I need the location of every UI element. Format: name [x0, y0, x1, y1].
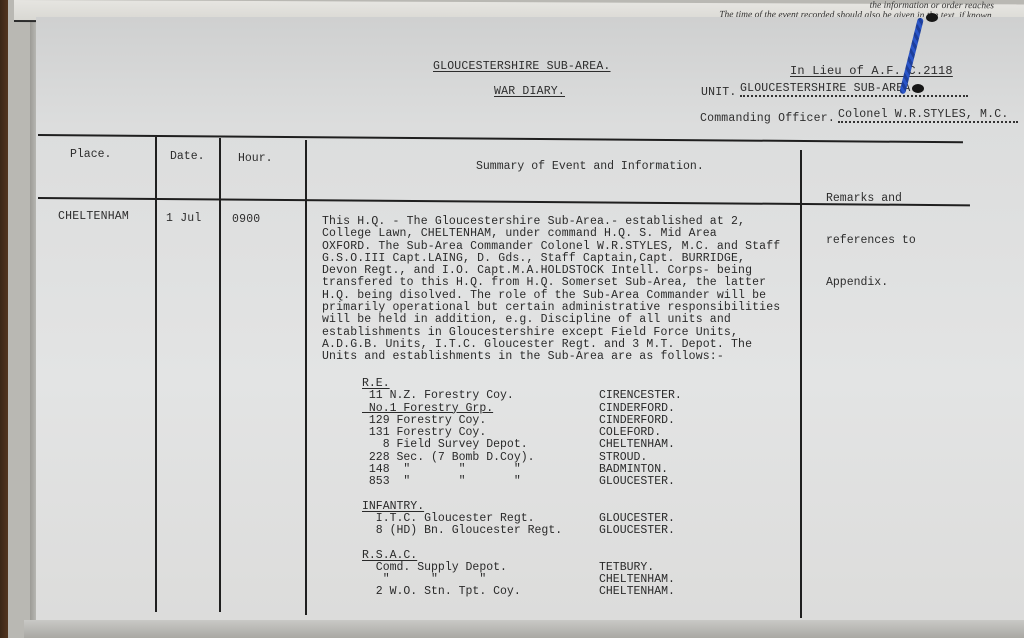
column-divider-date [219, 138, 221, 612]
string-knot-top [926, 13, 938, 22]
group-spacer [599, 538, 682, 550]
entry-hour: 0900 [232, 213, 260, 226]
column-header-remarks: Remarks and references to Appendix. [826, 164, 916, 304]
co-value: Colonel W.R.STYLES, M.C. [838, 108, 1018, 123]
location-spacer [599, 550, 682, 562]
entry-place: CHELTENHAM [58, 210, 129, 223]
unit-location: GLOUCESTER. [599, 525, 682, 537]
column-divider-place [155, 137, 157, 612]
unit-name: 11 N.Z. Forestry Coy. [362, 390, 562, 402]
unit-location: CIRENCESTER. [599, 390, 682, 402]
unit-group-heading: R.S.A.C. [362, 550, 562, 562]
column-header-place: Place. [70, 148, 111, 162]
form-reference: In Lieu of A.F. C.2118 [790, 64, 953, 78]
remarks-header-line-2: references to [826, 234, 916, 248]
unit-name: 8 (HD) Bn. Gloucester Regt. [362, 525, 562, 537]
column-header-summary: Summary of Event and Information. [476, 160, 704, 174]
doc-title: WAR DIARY. [494, 85, 565, 98]
column-divider-hour [305, 140, 307, 615]
co-label: Commanding Officer. [700, 112, 835, 125]
unit-name: 2 W.O. Stn. Tpt. Coy. [362, 586, 562, 598]
string-knot-bottom [912, 84, 924, 93]
unit-title: GLOUCESTERSHIRE SUB-AREA. [433, 60, 611, 73]
remarks-header-line-3: Appendix. [826, 276, 916, 290]
summary-line: will be held in addition, e.g. Disciplin… [322, 314, 780, 326]
unit-name: 853 " " " [362, 476, 562, 488]
summary-line: Units and establishments in the Sub-Area… [322, 351, 780, 363]
unit-label: UNIT. [701, 86, 737, 99]
entry-date: 1 Jul [166, 212, 202, 225]
unit-location: CHELTENHAM. [599, 586, 682, 598]
column-header-date: Date. [170, 150, 205, 164]
summary-line: College Lawn, CHELTENHAM, under command … [322, 228, 780, 240]
units-list: R.E. 11 N.Z. Forestry Coy. No.1 Forestry… [362, 378, 562, 599]
summary-line: transfered to this H.Q. from H.Q. Somers… [322, 277, 780, 289]
column-header-hour: Hour. [238, 152, 273, 166]
entry-summary: This H.Q. - The Gloucestershire Sub-Area… [322, 216, 780, 364]
unit-value: GLOUCESTERSHIRE SUB-AREA [740, 82, 968, 97]
group-spacer [599, 489, 682, 501]
locations-list: CIRENCESTER.CINDERFORD.CINDERFORD.COLEFO… [599, 378, 682, 599]
page-bottom-edges [24, 620, 1024, 638]
remarks-header-line-1: Remarks and [826, 192, 916, 206]
unit-location: GLOUCESTER. [599, 476, 682, 488]
unit-location: CHELTENHAM. [599, 439, 682, 451]
column-divider-summary [800, 150, 802, 618]
unit-name: 8 Field Survey Depot. [362, 439, 562, 451]
